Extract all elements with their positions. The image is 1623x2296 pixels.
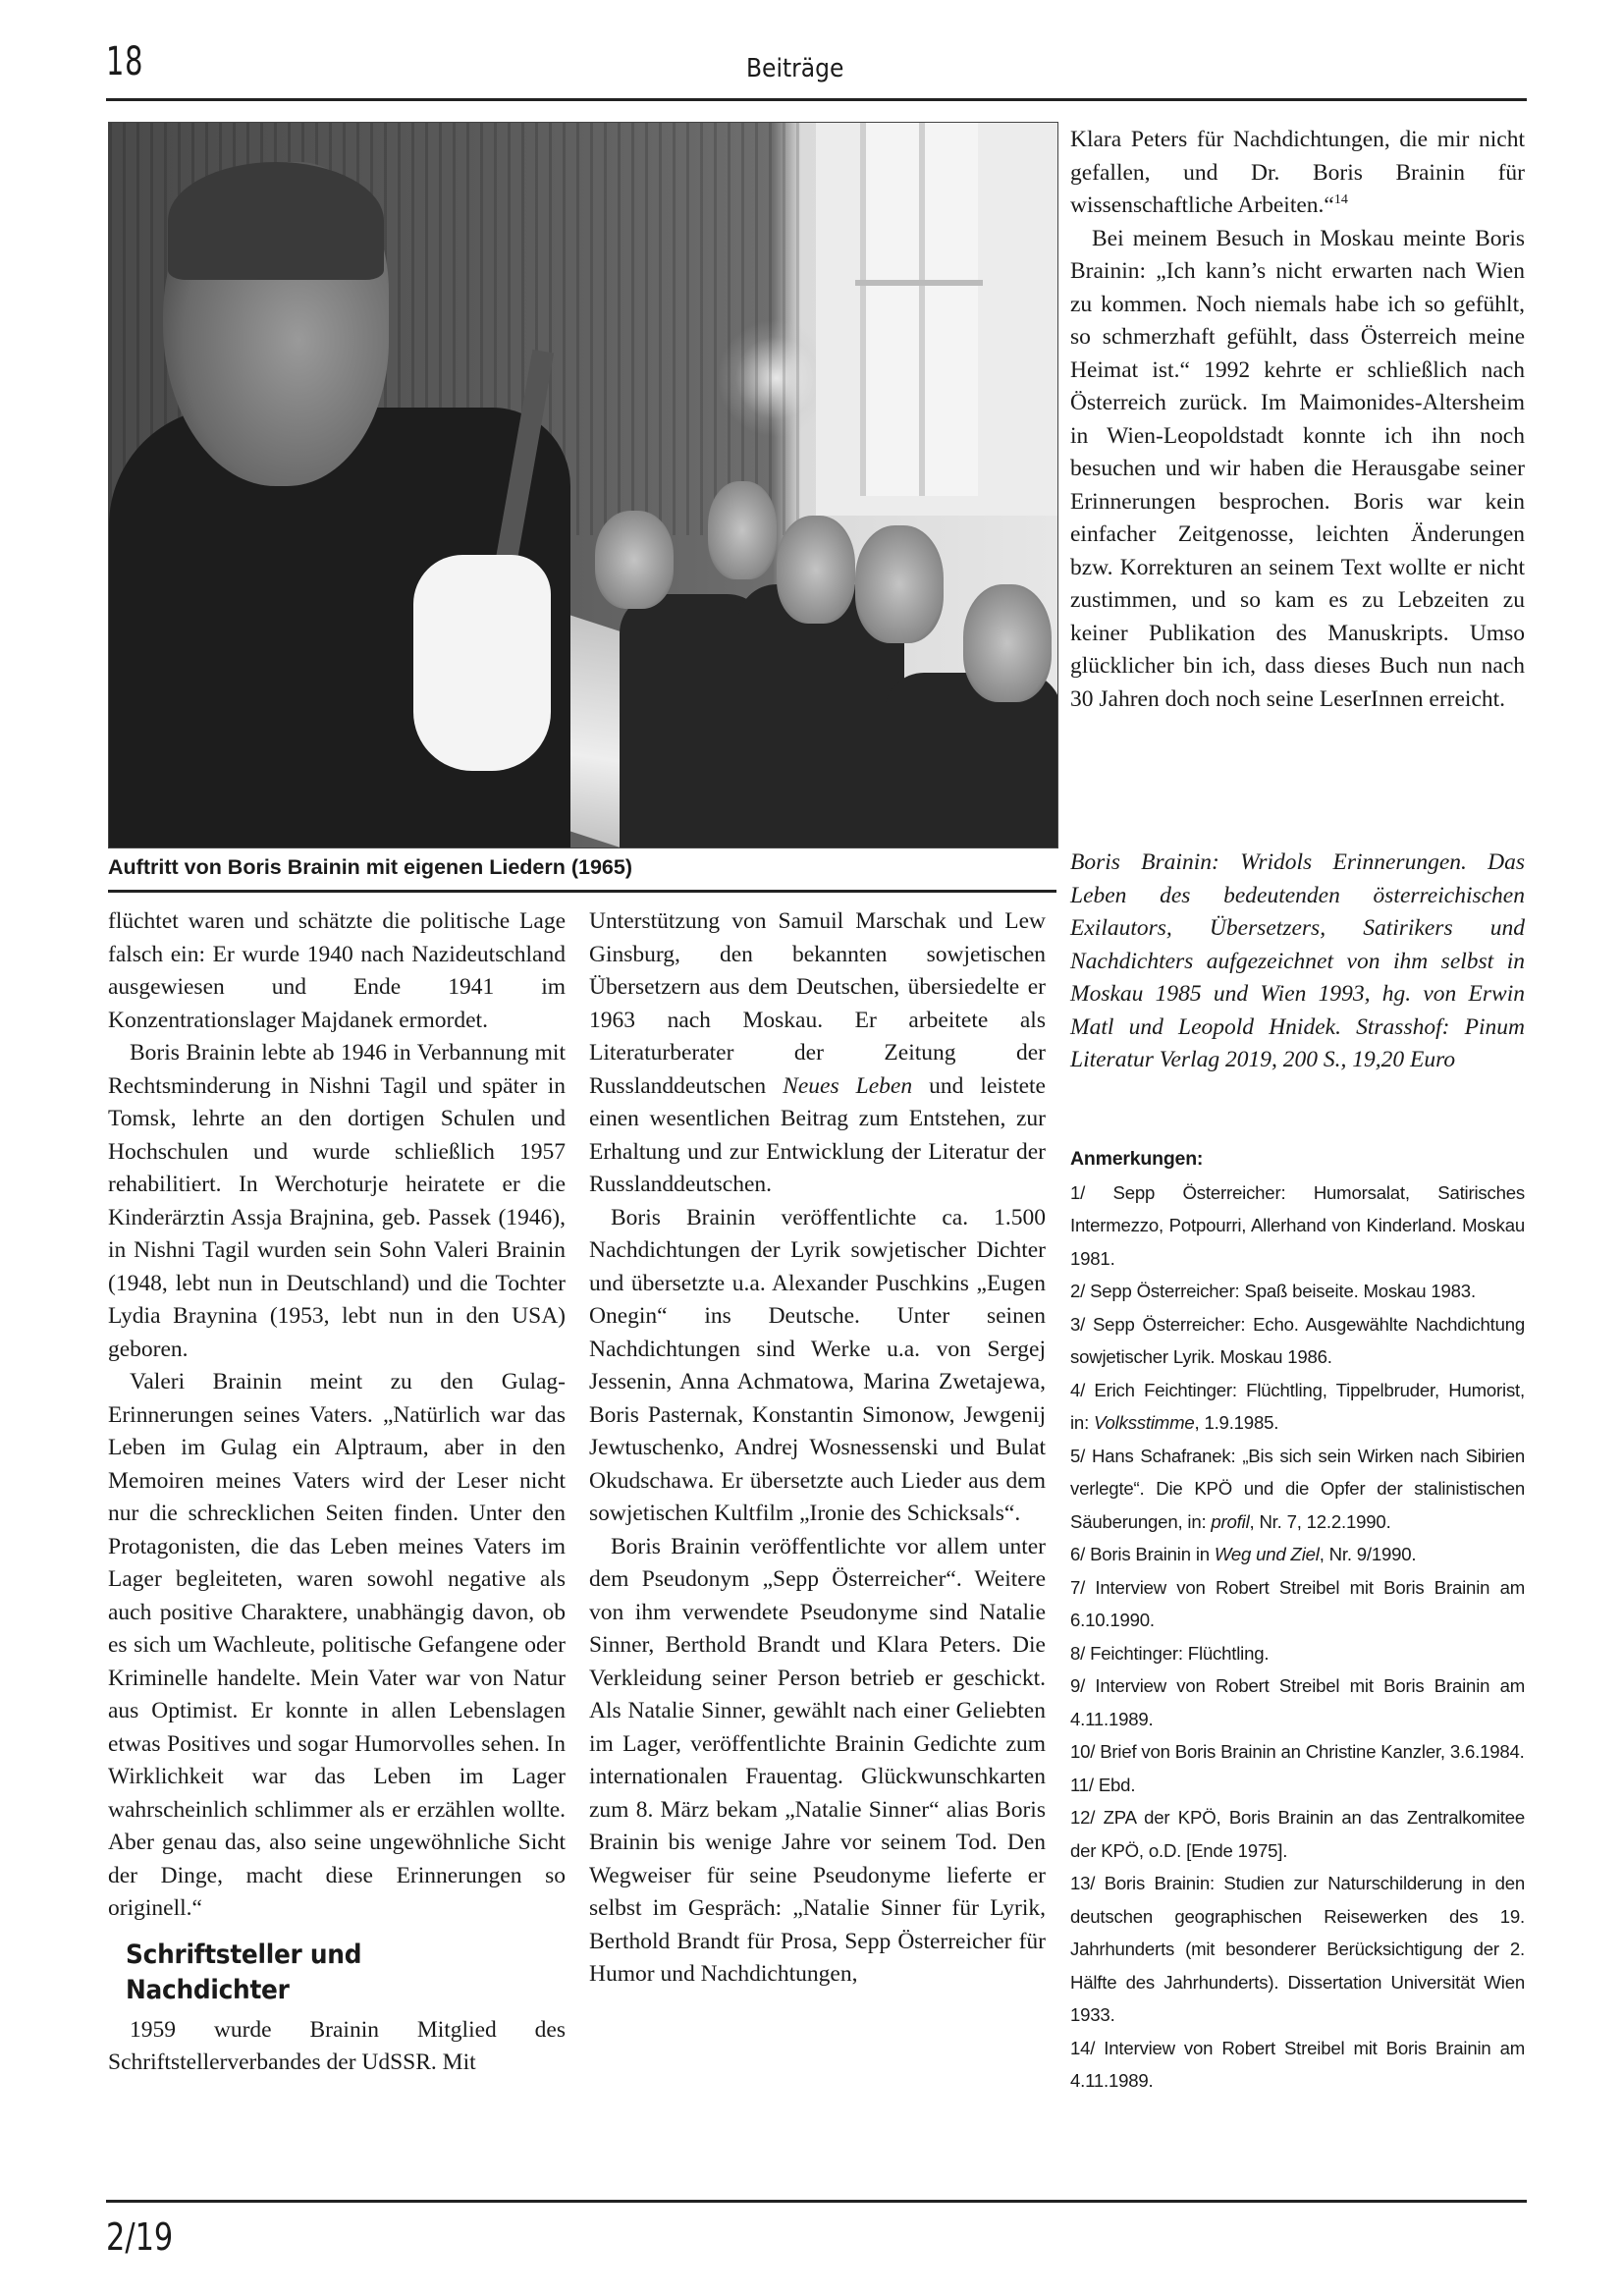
footnote: 1/ Sepp Österreicher: Humorsalat, Satiri… [1070, 1176, 1525, 1276]
issue-number: 2/19 [106, 2215, 173, 2259]
text-run: Unterstützung von Samuil Marschak und Le… [589, 908, 1046, 1099]
subheading: Schriftsteller und Nachdichter [126, 1938, 530, 2008]
footnote: 4/ Erich Feichtinger: Flüchtling, Tippel… [1070, 1374, 1525, 1440]
footnote: 3/ Sepp Österreicher: Echo. Ausgewählte … [1070, 1308, 1525, 1374]
header-rule [106, 98, 1527, 101]
photo-caption: Auftritt von Boris Brainin mit eigenen L… [108, 855, 632, 880]
photo-guest-face [595, 511, 674, 609]
paragraph: Boris Brainin lebte ab 1946 in Verbannun… [108, 1037, 566, 1366]
footnote: 13/ Boris Brainin: Studien zur Naturschi… [1070, 1867, 1525, 2032]
article-column-1: flüchtet waren und schätzte die politisc… [108, 905, 566, 2080]
text-run: Klara Peters für Nachdichtungen, die mir… [1070, 127, 1525, 218]
page-number: 18 [106, 39, 143, 84]
book-reference: Boris Brainin: Wridols Erinnerungen. Das… [1070, 847, 1525, 1077]
photo-guest-face [777, 516, 855, 624]
paragraph: Boris Brainin veröffentlichte ca. 1.500 … [589, 1202, 1046, 1531]
footnote: 2/ Sepp Österreicher: Spaß beiseite. Mos… [1070, 1275, 1525, 1308]
footnote: 9/ Interview von Robert Streibel mit Bor… [1070, 1669, 1525, 1735]
photo-singer-hair [168, 162, 384, 280]
newspaper-title: Neues Leben [783, 1073, 912, 1099]
section-title: Beiträge [746, 54, 843, 83]
paragraph: flüchtet waren und schätzte die politisc… [108, 905, 566, 1037]
footnote: 14/ Interview von Robert Streibel mit Bo… [1070, 2032, 1525, 2098]
caption-rule [108, 890, 1056, 893]
footnote: 5/ Hans Schafranek: „Bis sich sein Wirke… [1070, 1440, 1525, 1539]
photo-guest-face [963, 584, 1052, 702]
footnote: 7/ Interview von Robert Streibel mit Bor… [1070, 1571, 1525, 1637]
photo-guest-face [855, 525, 944, 643]
photo-guest-body [885, 673, 1058, 848]
photo-guest-face [708, 481, 777, 579]
footnotes: Anmerkungen: 1/ Sepp Österreicher: Humor… [1070, 1143, 1525, 2098]
footnote: 6/ Boris Brainin in Weg und Ziel, Nr. 9/… [1070, 1538, 1525, 1571]
footnote: 10/ Brief von Boris Brainin an Christine… [1070, 1735, 1525, 1769]
paragraph: Boris Brainin veröffentlichte vor allem … [589, 1531, 1046, 1992]
footnote-ref: 14 [1334, 192, 1348, 207]
paragraph: 1959 wurde Brainin Mitglied des Schrifts… [108, 2014, 566, 2080]
photo-window [816, 123, 1057, 516]
paragraph: Bei meinem Besuch in Moskau meinte Boris… [1070, 223, 1525, 717]
paragraph: Valeri Brainin meint zu den Gulag-Erinne… [108, 1366, 566, 1926]
article-column-3: Klara Peters für Nachdichtungen, die mir… [1070, 124, 1525, 716]
paragraph: Klara Peters für Nachdichtungen, die mir… [1070, 124, 1525, 223]
photo-boris-brainin-guitar [108, 122, 1058, 848]
photo-guitar [413, 555, 551, 771]
footnote: 8/ Feichtinger: Flüchtling. [1070, 1637, 1525, 1670]
footer-rule [106, 2200, 1527, 2203]
footnote: 11/ Ebd. [1070, 1769, 1525, 1802]
paragraph: Unterstützung von Samuil Marschak und Le… [589, 905, 1046, 1202]
footnote: 12/ ZPA der KPÖ, Boris Brainin an das Ze… [1070, 1801, 1525, 1867]
article-column-2: Unterstützung von Samuil Marschak und Le… [589, 905, 1046, 1992]
footnotes-title: Anmerkungen: [1070, 1143, 1525, 1176]
